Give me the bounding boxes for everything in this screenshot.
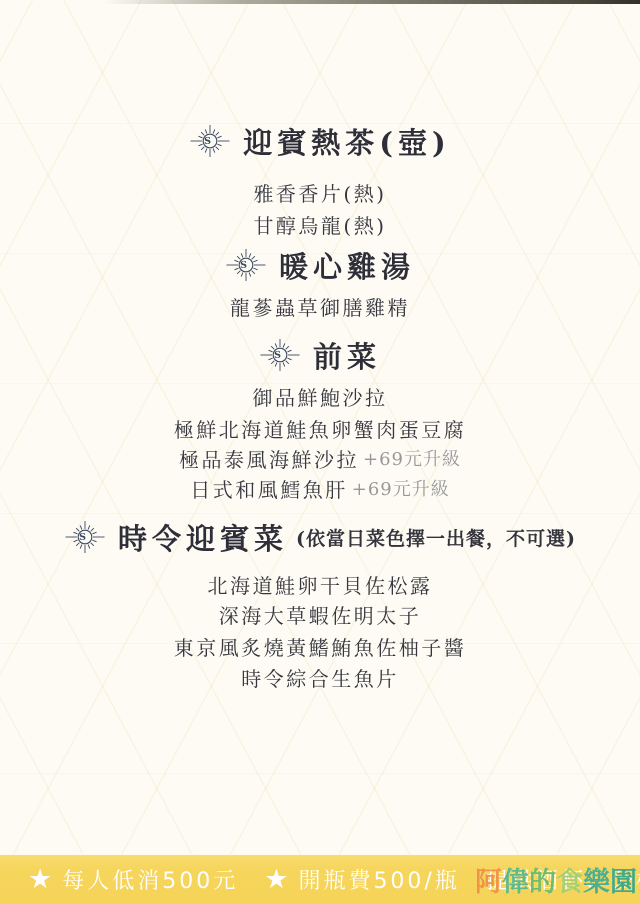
menu-item: 北海道鮭卵干貝佐松露 (208, 570, 433, 598)
menu-item: 深海大草蝦佐明太子 (219, 600, 422, 628)
menu-item: 極品泰風海鮮沙拉 +69元升級 (179, 444, 461, 472)
menu-page: 迎賓熱茶(壺) 雅香香片(熱) 甘醇烏龍(熱) 暖心雞湯 龍蔘蟲草御膳雞精 前菜… (0, 0, 640, 904)
item-name: 雅香香片(熱) (253, 178, 386, 207)
upgrade-note: +69元升級 (363, 445, 461, 471)
menu-item: 東京風炙燒黃鰭鮪魚佐柚子醬 (174, 632, 467, 660)
watermark-awei-food-garden-logo: 阿偉的食樂園 (475, 860, 637, 899)
starburst-s-icon (259, 334, 301, 376)
section-title: 迎賓熱茶(壺) (238, 121, 450, 162)
item-name: 東京風炙燒黃鰭鮪魚佐柚子醬 (174, 632, 467, 661)
item-name: 北海道鮭卵干貝佐松露 (208, 570, 433, 599)
section-heading-appetizers: 前菜 (259, 334, 381, 376)
starburst-s-icon (64, 516, 106, 558)
item-name: 極鮮北海道鮭魚卵蟹肉蛋豆腐 (174, 414, 467, 443)
watermark-char: 樂 (583, 867, 610, 898)
menu-content: 迎賓熱茶(壺) 雅香香片(熱) 甘醇烏龍(熱) 暖心雞湯 龍蔘蟲草御膳雞精 前菜… (0, 0, 640, 691)
watermark-char: 偉 (502, 867, 529, 898)
menu-item: 時令綜合生魚片 (241, 663, 399, 691)
watermark-char: 阿 (475, 867, 502, 898)
notice-corkage-fee: ★ 開瓶費500/瓶 (264, 864, 460, 895)
star-icon: ★ (28, 866, 52, 893)
section-title: 時令迎賓菜 (113, 517, 288, 558)
watermark-char: 食 (556, 867, 583, 898)
section-title: 前菜 (308, 335, 381, 376)
item-name: 御品鮮鮑沙拉 (253, 382, 388, 411)
menu-item: 日式和風鱈魚肝 +69元升級 (190, 474, 450, 502)
section-heading-welcome-tea: 迎賓熱茶(壺) (189, 120, 450, 162)
section-subtitle: (依當日菜色擇一出餐，不可選) (296, 524, 576, 551)
menu-item: 御品鮮鮑沙拉 (253, 382, 388, 410)
section-title: 暖心雞湯 (274, 245, 415, 286)
item-name: 極品泰風海鮮沙拉 (179, 444, 359, 473)
starburst-s-icon (225, 244, 267, 286)
item-name: 時令綜合生魚片 (241, 663, 399, 692)
starburst-s-icon (189, 120, 231, 162)
section-heading-seasonal: 時令迎賓菜 (依當日菜色擇一出餐，不可選) (64, 516, 576, 558)
upgrade-note: +69元升級 (352, 475, 450, 501)
scan-edge-artifact (0, 0, 640, 4)
section-heading-soup: 暖心雞湯 (225, 244, 415, 286)
menu-item: 龍蔘蟲草御膳雞精 (230, 292, 410, 320)
item-name: 日式和風鱈魚肝 (190, 474, 348, 503)
notice-minimum-charge: ★ 每人低消500元 (28, 864, 238, 895)
menu-item: 極鮮北海道鮭魚卵蟹肉蛋豆腐 (174, 414, 467, 442)
item-name: 龍蔘蟲草御膳雞精 (230, 292, 410, 321)
watermark-char: 園 (610, 867, 637, 898)
item-name: 甘醇烏龍(熱) (253, 210, 386, 239)
menu-item: 雅香香片(熱) (253, 178, 386, 206)
item-name: 深海大草蝦佐明太子 (219, 600, 422, 629)
watermark-char: 的 (529, 867, 556, 898)
menu-item: 甘醇烏龍(熱) (253, 210, 386, 238)
footer-notice-bar: ★ 每人低消500元 ★ 開瓶費500/瓶 提供酒杯、公杯、冰桶 阿偉的食樂園 (0, 855, 640, 904)
notice-text: 每人低消500元 (62, 864, 238, 895)
star-icon: ★ (264, 866, 288, 893)
notice-text: 開瓶費500/瓶 (298, 864, 459, 895)
